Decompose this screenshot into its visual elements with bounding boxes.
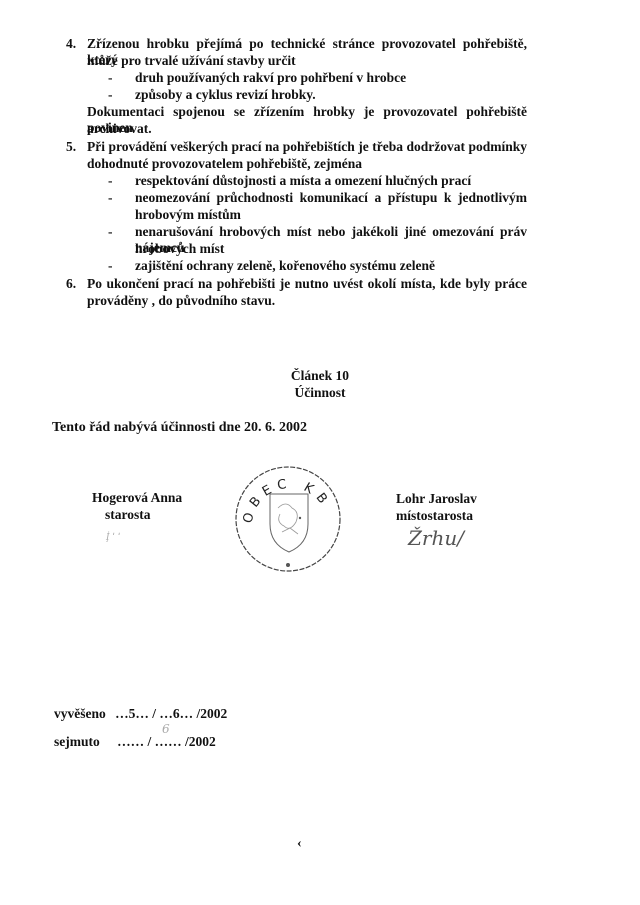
removed-handwritten: 6	[162, 722, 170, 736]
bullet-dash: -	[108, 87, 113, 103]
effective-date-text: Tento řád nabývá účinnosti dne 20. 6. 20…	[52, 420, 307, 436]
stamp-text: OBEC KBEL	[230, 462, 334, 525]
signatory-role: místostarosta	[396, 508, 473, 524]
coat-of-arms-icon	[270, 494, 308, 552]
bullet-text: způsoby a cyklus revizí hrobky.	[135, 87, 316, 103]
signatory-name: Lohr Jaroslav	[396, 491, 477, 507]
item-number: 5.	[66, 139, 76, 155]
signature-mark: Žrhu/	[408, 526, 464, 550]
bullet-dash: -	[108, 70, 113, 86]
official-stamp: OBEC KBEL	[230, 462, 350, 582]
article-subtitle: Účinnost	[0, 385, 640, 401]
signature-mark: İ̧ ˈ ˈ	[106, 533, 120, 543]
item-number: 4.	[66, 36, 76, 52]
item-text-line: Po ukončení prací na pohřebišti je nutno…	[87, 276, 527, 292]
item-text-line: dohodnuté provozovatelem pohřebiště, zej…	[87, 156, 362, 172]
bullet-dash: -	[108, 173, 113, 189]
item-text-line: prováděny , do původního stavu.	[87, 293, 275, 309]
signatory-name: Hogerová Anna	[92, 490, 182, 506]
item-text-line: Dokumentaci spojenou se zřízením hrobky …	[87, 104, 527, 136]
posted-value: …5… / …6… /2002	[115, 706, 227, 721]
removed-label: sejmuto	[54, 734, 100, 749]
bullet-dash: -	[108, 258, 113, 274]
posted-row: vyvěšeno …5… / …6… /2002	[54, 706, 227, 722]
signatory-role: starosta	[105, 507, 151, 523]
page-mark: ‹	[297, 836, 302, 852]
bullet-text: neomezování průchodnosti komunikací a př…	[135, 190, 527, 206]
article-title: Článek 10	[0, 368, 640, 384]
stamp-circle-icon: OBEC KBEL	[230, 462, 350, 582]
svg-text:OBEC KBEL: OBEC KBEL	[230, 462, 334, 525]
bullet-text: hrobových míst	[135, 241, 224, 257]
item-number: 6.	[66, 276, 76, 292]
bullet-text: respektování důstojnosti a místa a omeze…	[135, 173, 471, 189]
item-text-line: archivovat.	[87, 121, 152, 137]
removed-value: …… / …… /2002	[117, 734, 216, 749]
bullet-text: zajištění ochrany zeleně, kořenového sys…	[135, 258, 435, 274]
removed-row: sejmuto …… / …… /2002	[54, 734, 216, 750]
bullet-dash: -	[108, 190, 113, 206]
bullet-text: druh používaných rakví pro pohřbení v hr…	[135, 70, 406, 86]
bullet-text: hrobovým místům	[135, 207, 241, 223]
item-text-line: může pro trvalé užívání stavby určit	[87, 53, 296, 69]
item-text-line: Při provádění veškerých prací na pohřebi…	[87, 139, 527, 155]
bullet-dash: -	[108, 224, 113, 240]
posted-label: vyvěšeno	[54, 706, 106, 721]
